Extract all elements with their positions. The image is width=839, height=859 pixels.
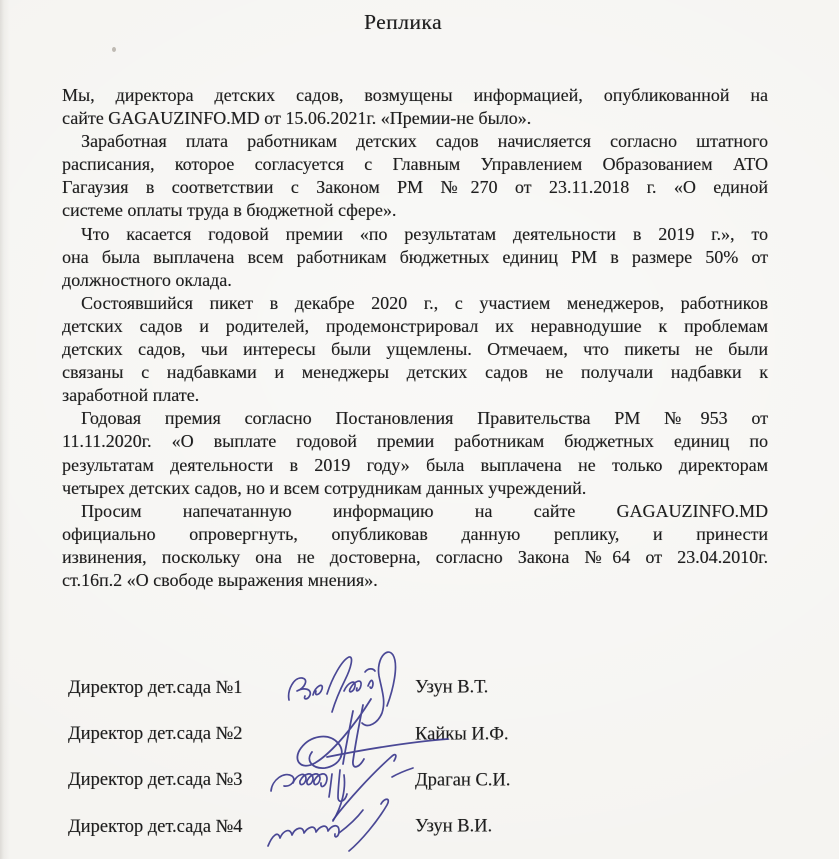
paragraph: Просим напечатанную информацию на сайте … xyxy=(62,500,768,592)
paragraph-line: связаны с надбавками и менеджеры детских… xyxy=(62,361,768,384)
signatory-name: Узун В.И. xyxy=(415,817,492,838)
paragraph-line: Гагаузия в соответствии с Законом РМ №27… xyxy=(62,176,768,199)
paragraph: Состоявшийся пикет в декабре 2020 г., с … xyxy=(62,292,768,407)
paragraph-line: результатам деятельности в 2019 году» бы… xyxy=(62,454,768,477)
paragraph-line: четырех детских садов, но и всем сотрудн… xyxy=(62,477,768,500)
signature-row-label: Директор дет.сада №3 xyxy=(62,770,242,791)
paragraph-line: расписания, которое согласуется с Главны… xyxy=(62,153,768,176)
signatory-name: Драган С.И. xyxy=(415,770,510,791)
signature-block: Директор дет.сада №1Узун В.Т.Директор де… xyxy=(62,665,768,851)
paragraph-line: сайте GAGAUZINFO.MD от 15.06.2021г. «Пре… xyxy=(62,107,768,130)
signature-row: Директор дет.сада №4Узун В.И. xyxy=(62,804,768,850)
paragraph-line: официально опровергнуть, опубликовав дан… xyxy=(62,523,768,546)
paragraph: Мы, директора детских садов, возмущены и… xyxy=(62,84,768,130)
signature-row: Директор дет.сада №3Драган С.И. xyxy=(62,758,768,804)
paragraph-line: Годовая премия согласно Постановления Пр… xyxy=(62,407,768,430)
paragraph-line: должностного оклада. xyxy=(62,269,768,292)
signature-row-label: Директор дет.сада №4 xyxy=(62,817,242,838)
paragraph-line: системе оплаты труда в бюджетной сфере». xyxy=(62,199,768,222)
signatory-name: Кайкы И.Ф. xyxy=(415,724,508,745)
paragraph-line: извинения, поскольку она не достоверна, … xyxy=(62,546,768,569)
paragraph-line: заработной плате. xyxy=(62,384,768,407)
paragraph-line: Просим напечатанную информацию на сайте … xyxy=(62,500,768,523)
paragraph-line: детских садов и родителей, продемонстрир… xyxy=(62,315,768,338)
signature-row: Директор дет.сада №1Узун В.Т. xyxy=(62,665,768,711)
paragraph-line: Что касается годовой премии «по результа… xyxy=(62,223,768,246)
paragraph-line: Состоявшийся пикет в декабре 2020 г., с … xyxy=(62,292,768,315)
paragraph: Годовая премия согласно Постановления Пр… xyxy=(62,407,768,499)
signature-row-label: Директор дет.сада №1 xyxy=(62,678,242,699)
signature-row: Директор дет.сада №2Кайкы И.Ф. xyxy=(62,711,768,757)
paragraph-line: 11.11.2020г. «О выплате годовой премии р… xyxy=(62,430,768,453)
paragraph-line: она была выплачена всем работникам бюдже… xyxy=(62,246,768,269)
paragraph-line: ст.16п.2 «О свободе выражения мнения». xyxy=(62,569,768,592)
document-content: Реплика Мы, директора детских садов, воз… xyxy=(62,0,768,592)
paragraph: Что касается годовой премии «по результа… xyxy=(62,223,768,292)
signature-row-label: Директор дет.сада №2 xyxy=(62,724,242,745)
paragraph-line: Мы, директора детских садов, возмущены и… xyxy=(62,84,768,107)
document-title: Реплика xyxy=(50,9,756,36)
document-body: Мы, директора детских садов, возмущены и… xyxy=(62,84,768,592)
signatory-name: Узун В.Т. xyxy=(415,678,488,699)
paragraph-line: детских садов, чьи интересы были ущемлен… xyxy=(62,338,768,361)
paragraph: Заработная плата работникам детских садо… xyxy=(62,130,768,222)
scanned-document-page: Реплика Мы, директора детских садов, воз… xyxy=(0,0,839,859)
paragraph-line: Заработная плата работникам детских садо… xyxy=(62,130,768,153)
